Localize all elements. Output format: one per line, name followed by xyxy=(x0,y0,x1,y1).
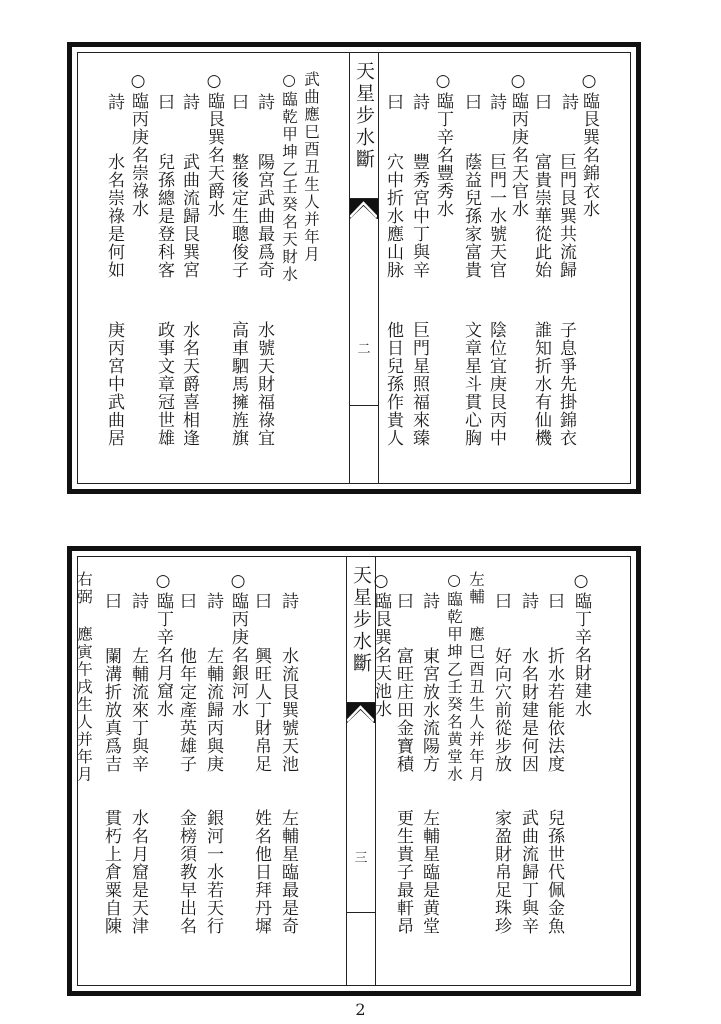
fish-tail-mark-icon xyxy=(350,198,378,219)
verse-line: 曰 xyxy=(531,93,551,111)
section-heading: ○臨丁辛名月窟水 xyxy=(153,571,173,718)
verse-line: 蔭益兒孫家富貴 xyxy=(461,153,481,279)
verse-line: 曰 xyxy=(101,592,121,610)
section-heading: ○臨丙庚名天官水 xyxy=(508,71,528,218)
section-heading: ○臨乾甲坤乙壬癸名天財水 xyxy=(279,71,299,284)
verse-line: 好向穴前從步放 xyxy=(491,647,511,773)
verse-line: 詩 xyxy=(128,592,148,610)
verse-line: 文章星斗貫心胸 xyxy=(461,321,481,447)
verse-line: 興旺人丁財帛足 xyxy=(251,647,271,773)
verse-line: 巨門艮巽共流歸 xyxy=(556,153,576,279)
verse-line: 整後定生聰俊子 xyxy=(228,153,248,279)
verse-line: 詩 xyxy=(203,592,223,610)
verse-line: 陽宮武曲最爲奇 xyxy=(254,153,274,279)
verse-line: 曰 xyxy=(154,93,174,111)
verse-line: 銀河一水若天行 xyxy=(203,809,223,935)
verse-line: 左輔流歸丙與庚 xyxy=(203,647,223,773)
verse-line: 折水若能依法度 xyxy=(544,647,564,773)
section-heading: ○臨艮巽名錦衣水 xyxy=(579,71,599,218)
section-heading: ○臨丁辛名財建水 xyxy=(571,571,591,718)
verse-line: 詩 xyxy=(486,93,506,111)
verse-line: 巨門一水號天官 xyxy=(486,153,506,279)
verse-line: 右弼 應寅午戌生人并年月 xyxy=(74,571,94,784)
verse-line: 闌溝折放真爲吉 xyxy=(101,647,121,773)
verse-line: 曰 xyxy=(176,592,196,610)
verse-line: 東宮放水流陽方 xyxy=(419,647,439,773)
verse-line: 他年定產英雄子 xyxy=(176,647,196,773)
verse-line: 庚丙宮中武曲居 xyxy=(104,321,124,447)
verse-line: 曰 xyxy=(251,592,271,610)
section-heading: ○臨丁辛名豐秀水 xyxy=(433,71,453,218)
page-number: 2 xyxy=(0,1000,721,1019)
verse-line: 水名天爵喜相逢 xyxy=(179,321,199,447)
verse-line: 武曲應巳酉丑生人并年月 xyxy=(301,71,321,264)
verse-line: 穴中折水應山脉 xyxy=(383,153,403,279)
verse-line: 家盈財帛足珠珍 xyxy=(491,809,511,935)
verse-line: 左輔星臨是黄堂 xyxy=(419,809,439,935)
book-page-top: 天星步水斷 二 ○臨艮巽名錦衣水詩巨門艮巽共流歸子息爭先掛錦衣曰富貴崇華從此始誰… xyxy=(67,42,641,494)
verse-line: 左輔星臨最是奇 xyxy=(278,809,298,935)
verse-line: 水名月窟是天津 xyxy=(128,809,148,935)
spine-divider xyxy=(347,912,375,913)
verse-line: 詩 xyxy=(409,93,429,111)
verse-line: 水號天財福祿宜 xyxy=(254,321,274,447)
running-title: 天星步水斷 xyxy=(350,61,378,171)
verse-line: 武曲流歸艮巽宮 xyxy=(179,153,199,279)
verse-line: 左輔 應巳酉丑生人并年月 xyxy=(466,571,486,784)
verse-line: 金榜須教早出名 xyxy=(176,809,196,935)
verse-line: 曰 xyxy=(491,592,511,610)
verse-line: 巨門星照福來臻 xyxy=(409,321,429,447)
verse-line: 兒孫總是登科客 xyxy=(154,153,174,279)
verse-line: 子息爭先掛錦衣 xyxy=(556,321,576,447)
verse-line: 詩 xyxy=(179,93,199,111)
verse-line: 兒孫世代佩金魚 xyxy=(544,809,564,935)
section-heading: ○臨艮巽名天池水 xyxy=(371,571,391,718)
verse-line: 曰 xyxy=(393,592,413,610)
verse-line: 水流艮巽號天池 xyxy=(278,647,298,773)
spine-column: 天星步水斷 二 xyxy=(349,53,379,483)
verse-line: 水名崇祿是何如 xyxy=(104,153,124,279)
verse-line: 姓名他日拜丹墀 xyxy=(251,809,271,935)
sheet-number: 二 xyxy=(350,338,378,357)
verse-line: 高車駟馬擁旌旗 xyxy=(228,321,248,447)
verse-line: 曰 xyxy=(544,592,564,610)
section-heading: ○臨丙庚名崇祿水 xyxy=(128,71,148,218)
verse-line: 誰知折水有仙機 xyxy=(531,321,551,447)
inner-frame: 天星步水斷 三 ○臨丁辛名財建水曰折水若能依法度兒孫世代佩金魚詩水名財建是何因武… xyxy=(77,556,631,986)
verse-line: 水名財建是何因 xyxy=(518,647,538,773)
verse-line: 詩 xyxy=(558,93,578,111)
verse-line: 政事文章冠世雄 xyxy=(154,321,174,447)
verse-line: 武曲流歸丁與辛 xyxy=(518,809,538,935)
spine-divider xyxy=(350,405,378,406)
section-heading: ○臨艮巽名天爵水 xyxy=(204,71,224,218)
verse-line: 陰位宜庚艮丙中 xyxy=(486,321,506,447)
verse-line: 富貴崇華從此始 xyxy=(531,153,551,279)
verse-line: 詩 xyxy=(104,93,124,111)
section-heading: ○臨丙庚名銀河水 xyxy=(228,571,248,718)
verse-line: 豐秀宮中丁與辛 xyxy=(409,153,429,279)
section-heading: ○臨乾甲坤乙壬癸名黄堂水 xyxy=(444,571,464,784)
verse-line: 詩 xyxy=(254,93,274,111)
verse-line: 曰 xyxy=(461,93,481,111)
verse-line: 詩 xyxy=(419,592,439,610)
verse-line: 詩 xyxy=(518,592,538,610)
book-page-bottom: 天星步水斷 三 ○臨丁辛名財建水曰折水若能依法度兒孫世代佩金魚詩水名財建是何因武… xyxy=(67,546,641,996)
verse-line: 貫朽上倉粟自陳 xyxy=(101,809,121,935)
verse-line: 左輔流來丁與辛 xyxy=(128,647,148,773)
sheet-number: 三 xyxy=(347,847,375,866)
verse-line: 他日兒孫作貴人 xyxy=(383,321,403,447)
verse-line: 富旺庄田金寶積 xyxy=(393,647,413,773)
inner-frame: 天星步水斷 二 ○臨艮巽名錦衣水詩巨門艮巽共流歸子息爭先掛錦衣曰富貴崇華從此始誰… xyxy=(77,52,631,484)
verse-line: 曰 xyxy=(383,93,403,111)
verse-line: 詩 xyxy=(278,592,298,610)
verse-line: 更生貴子最軒昂 xyxy=(393,809,413,935)
verse-line: 曰 xyxy=(228,93,248,111)
